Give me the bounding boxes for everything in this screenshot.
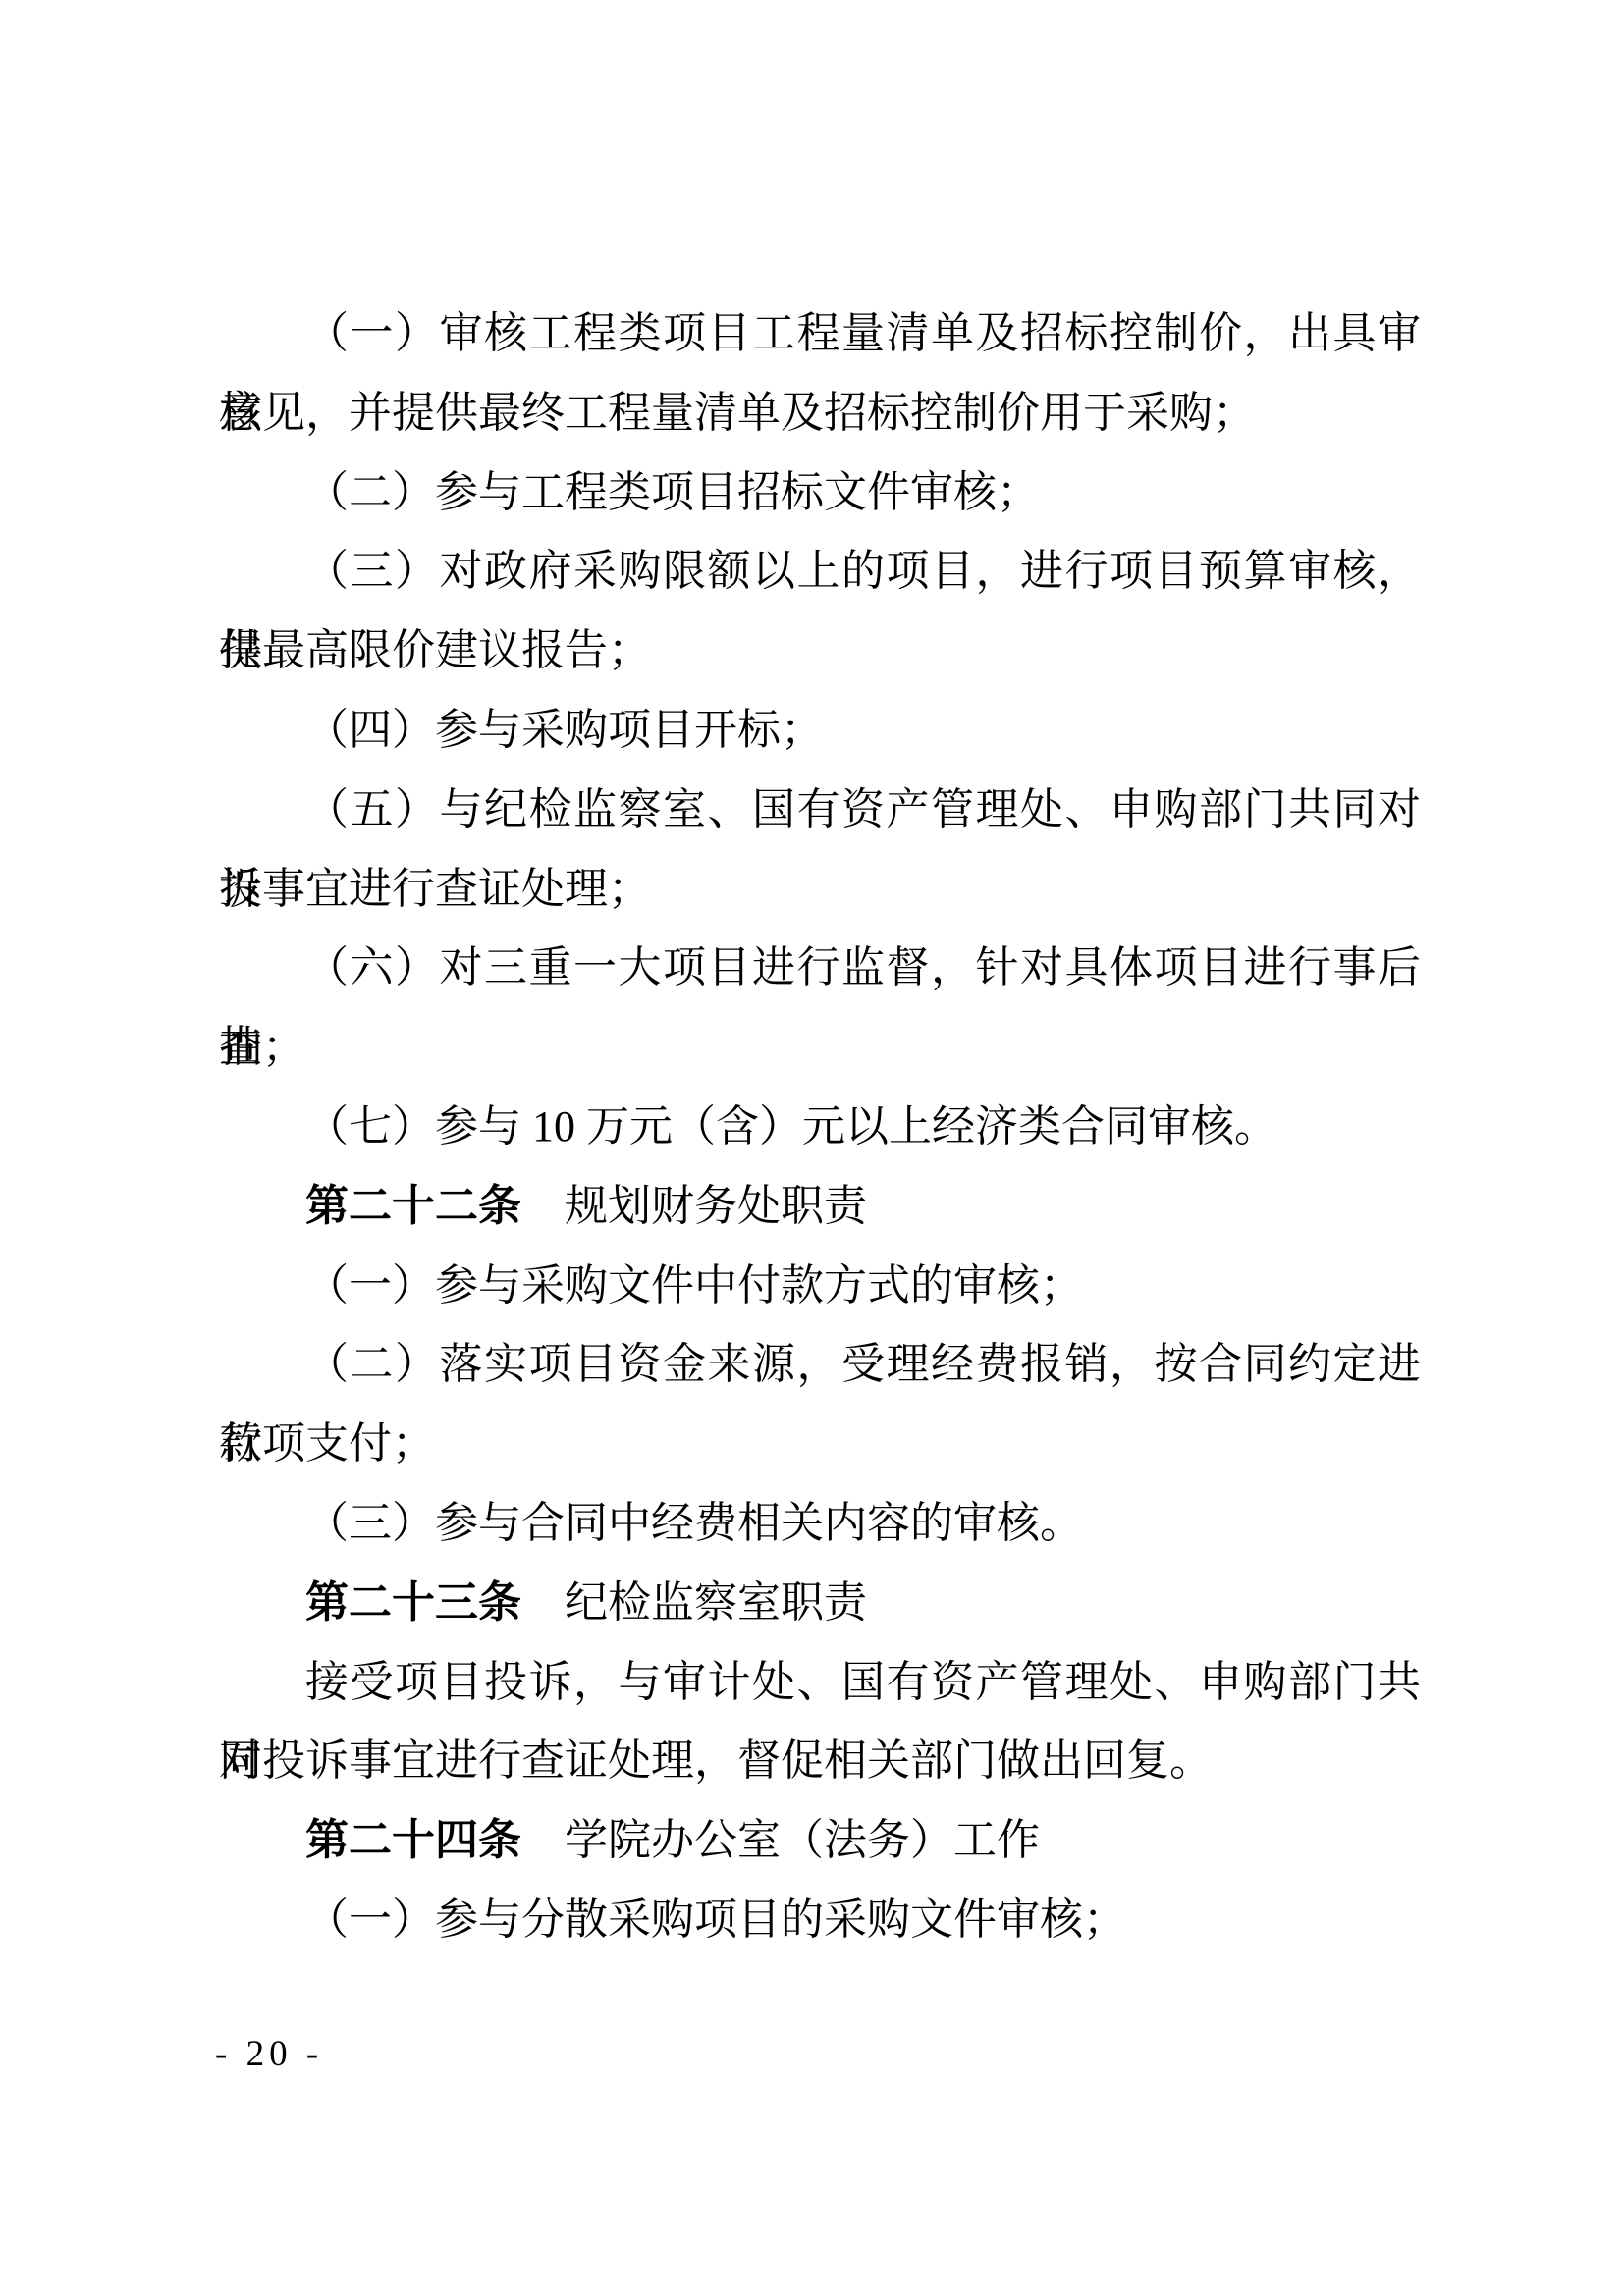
line-text: （七）参与 10 万元（含）元以上经济类合同审核。	[305, 1102, 1277, 1150]
text-line: （四）参与采购项目开标；	[219, 691, 1421, 771]
text-line: （五）与纪检监察室、国有资产管理处、申购部门共同对投	[219, 771, 1421, 850]
text-line: 款项支付；	[219, 1405, 1421, 1484]
text-line: 对投诉事宜进行查证处理，督促相关部门做出回复。	[219, 1722, 1421, 1801]
text-line: （七）参与 10 万元（含）元以上经济类合同审核。	[219, 1088, 1421, 1167]
text-line: （二）落实项目资金来源，受理经费报销，按合同约定进行	[219, 1325, 1421, 1405]
article-heading-line: 第二十四条 学院办公室（法务）工作	[219, 1801, 1421, 1881]
text-line: 诉事宜进行查证处理；	[219, 850, 1421, 930]
page-number: - 20 -	[215, 2034, 323, 2075]
line-text: （四）参与采购项目开标；	[305, 706, 824, 754]
document-body: （一）审核工程类项目工程量清单及招标控制价，出具审核意见，并提供最终工程量清单及…	[219, 294, 1421, 1960]
article-number: 第二十三条	[305, 1578, 521, 1627]
line-text: （三）参与合同中经费相关内容的审核。	[305, 1499, 1083, 1547]
text-line: 意见，并提供最终工程量清单及招标控制价用于采购；	[219, 374, 1421, 454]
article-heading-line: 第二十三条 纪检监察室职责	[219, 1564, 1421, 1643]
line-text: 供最高限价建议报告；	[219, 626, 651, 674]
text-line: （一）参与分散采购项目的采购文件审核；	[219, 1881, 1421, 1960]
line-text: 学院办公室（法务）工作	[521, 1816, 1040, 1864]
line-text: 纪检监察室职责	[521, 1578, 867, 1627]
article-heading-line: 第二十二条 规划财务处职责	[219, 1167, 1421, 1247]
line-text: 查；	[219, 1023, 305, 1071]
text-line: （三）对政府采购限额以上的项目，进行项目预算审核，提	[219, 532, 1421, 612]
text-line: （一）参与采购文件中付款方式的审核；	[219, 1247, 1421, 1326]
document-page: （一）审核工程类项目工程量清单及招标控制价，出具审核意见，并提供最终工程量清单及…	[0, 0, 1624, 2296]
text-line: （六）对三重一大项目进行监督，针对具体项目进行事后抽	[219, 929, 1421, 1008]
line-text: （一）参与分散采购项目的采购文件审核；	[305, 1896, 1126, 1944]
line-text: （一）参与采购文件中付款方式的审核；	[305, 1261, 1083, 1309]
article-number: 第二十四条	[305, 1816, 521, 1864]
line-text: 款项支付；	[219, 1419, 435, 1468]
line-text: 意见，并提供最终工程量清单及招标控制价用于采购；	[219, 389, 1256, 437]
line-text: （二）参与工程类项目招标文件审核；	[305, 468, 1040, 516]
text-line: （一）审核工程类项目工程量清单及招标控制价，出具审核	[219, 294, 1421, 374]
text-line: 查；	[219, 1008, 1421, 1088]
line-text: 诉事宜进行查证处理；	[219, 865, 651, 913]
text-line: （三）参与合同中经费相关内容的审核。	[219, 1484, 1421, 1564]
text-line: （二）参与工程类项目招标文件审核；	[219, 454, 1421, 533]
article-number: 第二十二条	[305, 1182, 521, 1230]
text-line: 供最高限价建议报告；	[219, 612, 1421, 691]
text-line: 接受项目投诉，与审计处、国有资产管理处、申购部门共同	[219, 1643, 1421, 1723]
line-text: 对投诉事宜进行查证处理，督促相关部门做出回复。	[219, 1736, 1213, 1785]
line-text: 规划财务处职责	[521, 1182, 867, 1230]
